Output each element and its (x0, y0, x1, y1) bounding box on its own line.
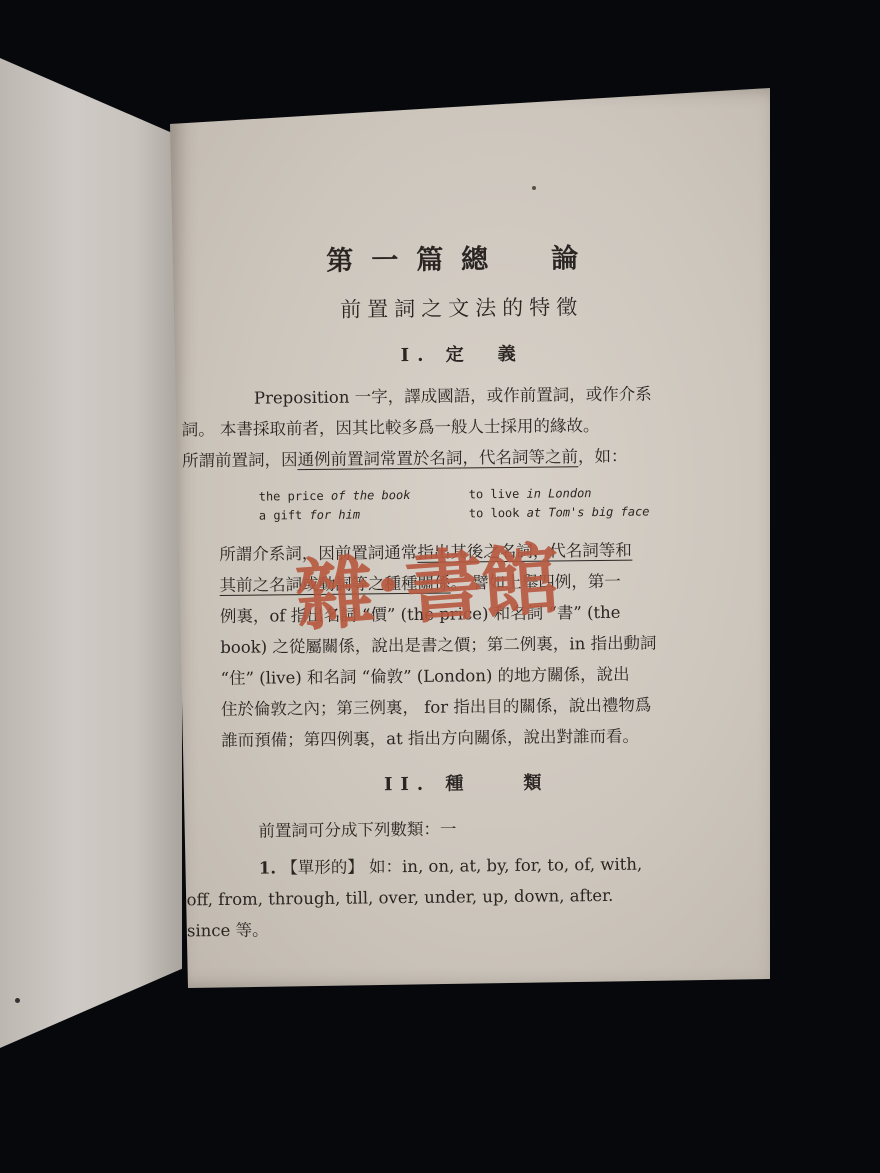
example-phrases: the price of the book to live in London … (259, 483, 709, 525)
text-line: “住” (live) 和名詞 “倫敦” (London) 的地方關係，說出 (220, 665, 629, 688)
paper-spot (532, 186, 536, 190)
list-number: 1. (259, 858, 276, 877)
paragraph-types-intro: 前置詞可分成下列數類：一 (222, 811, 712, 847)
text-line: ，如： (578, 447, 628, 467)
underlined-text: 通例前置詞常置於名詞，代名詞等之前 (297, 447, 578, 470)
photo-scene: 第一篇總 論 前置詞之文法的特徵 I. 定 義 Preposition 一字，譯… (0, 0, 880, 1173)
text-line: 如：in, on, at, by, for, to, of, with, (369, 855, 642, 877)
watermark-dot (381, 577, 396, 592)
text-line: since 等。 (187, 920, 269, 940)
left-book-page (0, 58, 182, 1048)
watermark-stamp: 雜 書館 (292, 514, 619, 646)
section-heading-types: II. 種 類 (222, 767, 712, 798)
text-line: Preposition 一字，譯成國語，或作前置詞，或作介系 (254, 384, 652, 407)
watermark-text: 書館 (401, 517, 560, 639)
text-line: 詞。 本書採取前者，因其比較多爲一般人士採用的緣故。 (182, 416, 600, 439)
example-phrase: the price of the book (259, 485, 469, 505)
text-line: 所謂前置詞，因 (182, 450, 298, 470)
paper-spot (15, 998, 20, 1003)
text-line: 住於倫敦之內；第三例裏， for 指出目的關係，說出禮物爲 (221, 695, 652, 719)
list-item-simple: 1. 【單形的】 如：in, on, at, by, for, to, of, … (222, 848, 713, 946)
example-phrase: to live in London (469, 483, 709, 504)
paragraph-definition: Preposition 一字，譯成國語，或作前置詞，或作介系 詞。 本書採取前者… (217, 378, 708, 476)
section-heading-definition: I. 定 義 (217, 338, 707, 369)
list-label: 【單形的】 (281, 857, 364, 877)
chapter-title: 第一篇總 論 (216, 235, 706, 279)
text-line: 誰而預備；第四例裏，at 指出方向關係，說出對誰而看。 (221, 727, 639, 750)
text-line: off, from, through, till, over, under, u… (187, 886, 614, 909)
example-phrase: a gift for him (259, 504, 469, 524)
chapter-subtitle: 前置詞之文法的特徵 (217, 290, 707, 325)
watermark-text: 雜 (291, 530, 375, 647)
